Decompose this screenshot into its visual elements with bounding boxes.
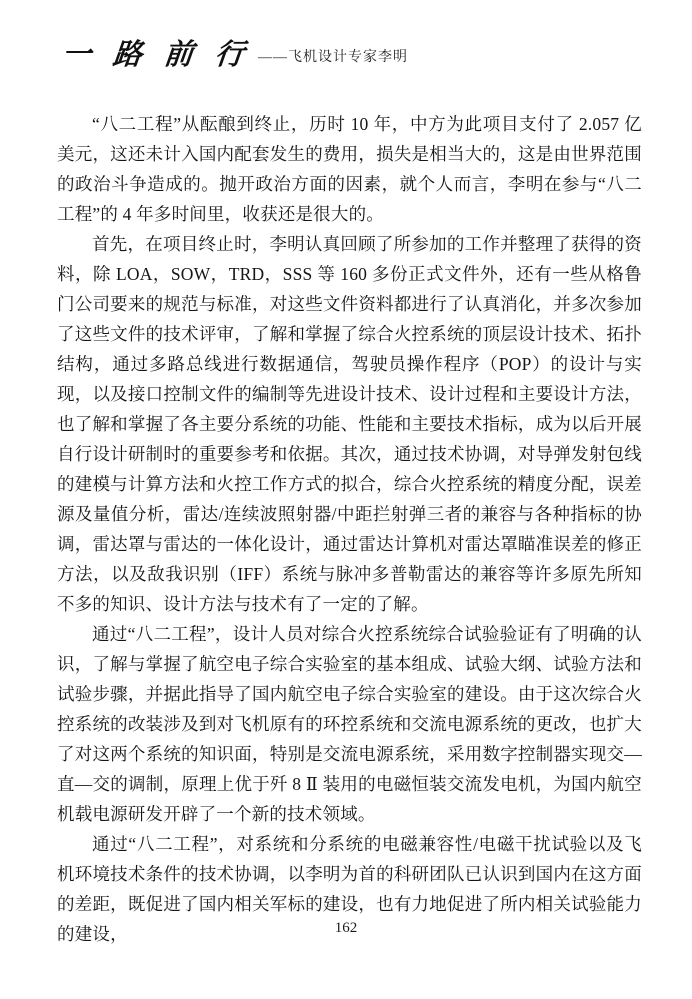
- body-text: “八二工程”从酝酿到终止，历时 10 年，中方为此项目支付了 2.057 亿美元…: [57, 109, 642, 949]
- book-page: 一路前行 ——飞机设计专家李明 “八二工程”从酝酿到终止，历时 10 年，中方为…: [0, 0, 692, 999]
- page-number: 162: [0, 920, 692, 937]
- book-title-calligraphy: 一路前行: [60, 40, 267, 69]
- book-subtitle: ——飞机设计专家李明: [258, 51, 408, 69]
- paragraph: “八二工程”从酝酿到终止，历时 10 年，中方为此项目支付了 2.057 亿美元…: [57, 109, 642, 229]
- running-header: 一路前行 ——飞机设计专家李明: [62, 40, 642, 69]
- paragraph: 首先，在项目终止时，李明认真回顾了所参加的工作并整理了获得的资料，除 LOA，S…: [57, 229, 642, 619]
- paragraph: 通过“八二工程”，设计人员对综合火控系统综合试验验证有了明确的认识，了解与掌握了…: [57, 619, 642, 829]
